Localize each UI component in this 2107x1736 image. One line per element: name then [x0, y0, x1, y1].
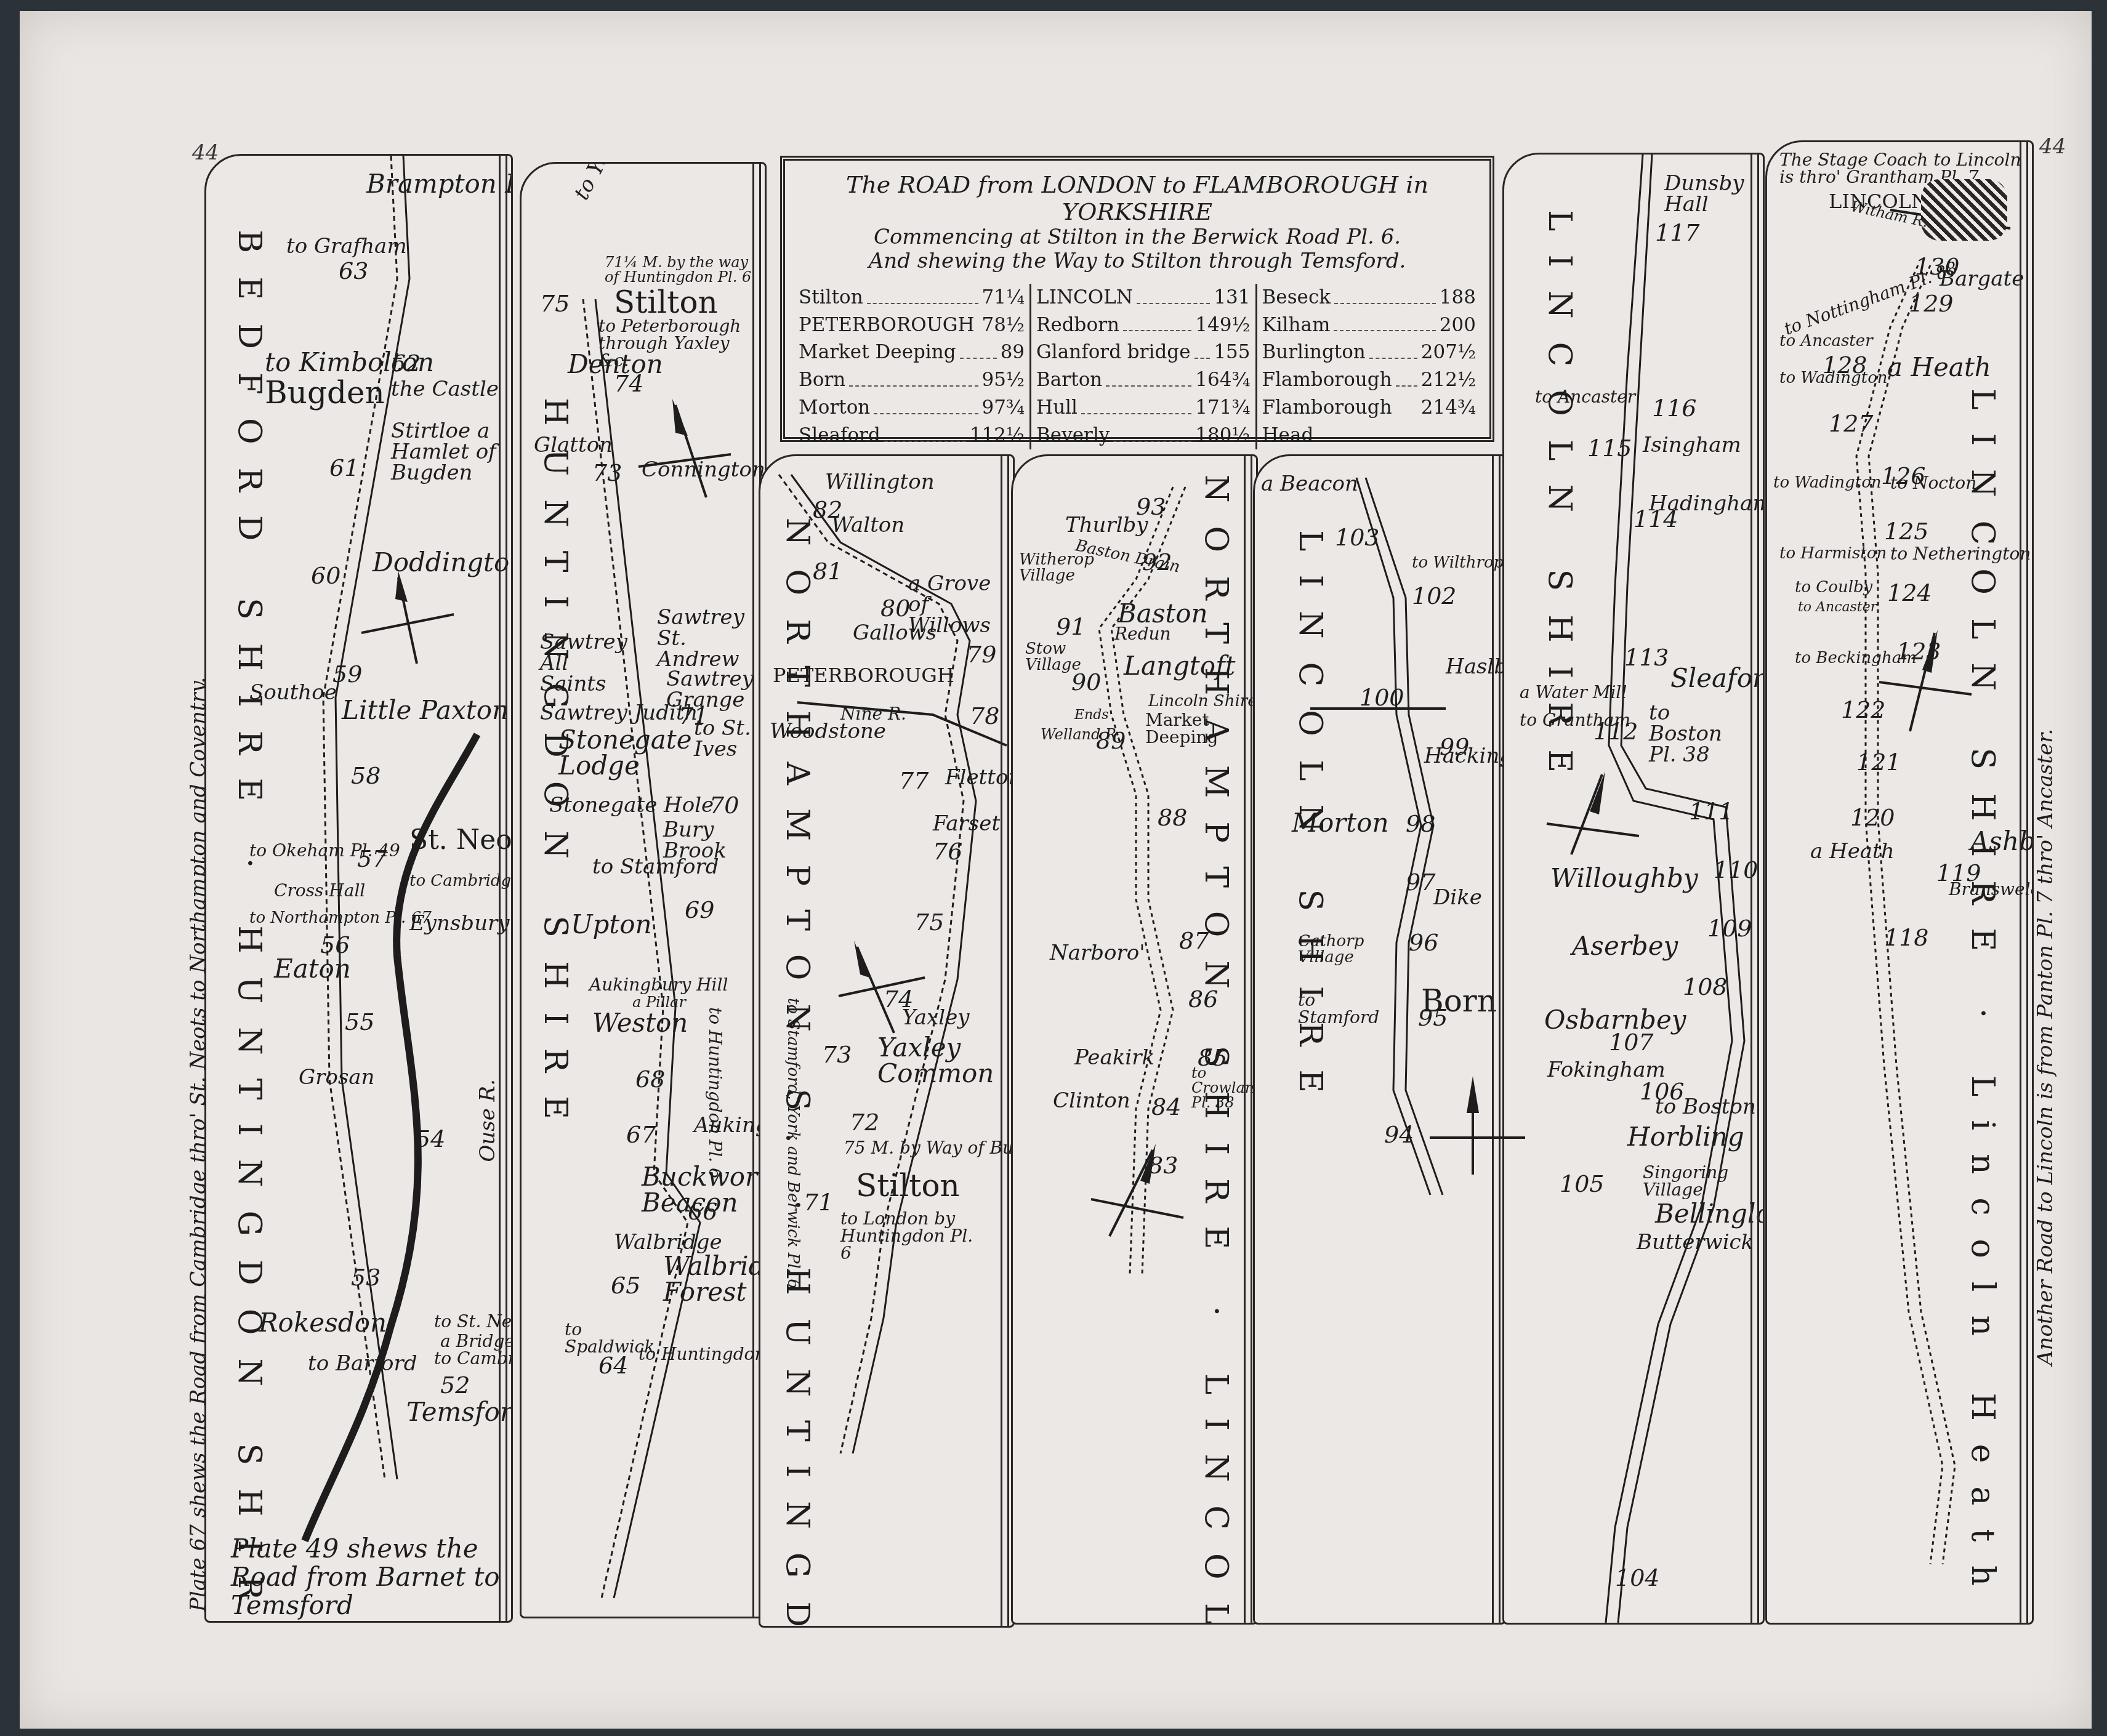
place-label: Woodstone — [770, 721, 886, 742]
place-label: to Wilthrop — [1412, 555, 1504, 571]
place-label: Branswele — [1949, 881, 2034, 898]
road-strip-2: HUNTINGDON SHIRE to York Pl. 6 71¼ M. by… — [520, 162, 767, 1618]
milestone: 80 — [880, 595, 910, 622]
milestone: 117 — [1655, 219, 1700, 246]
place-label: Narboro' — [1050, 942, 1145, 963]
milestone: 69 — [685, 896, 714, 923]
place-label: Sleaford — [1670, 665, 1765, 691]
place-label: Rokesdon — [259, 1310, 387, 1336]
distance-row: Glanford bridge155 — [1036, 339, 1250, 366]
milestone: 79 — [967, 641, 996, 668]
place-label: to Harmiston — [1779, 545, 1887, 561]
milestone: 96 — [1409, 929, 1438, 956]
place-label: Cathorp Village — [1298, 933, 1372, 965]
place-label: to Barford — [308, 1353, 417, 1374]
place-label: to Boston — [1655, 1096, 1756, 1117]
place-label: to Stamford, York and Berwick Pl. 6 — [785, 998, 801, 1289]
milestone: 52 — [440, 1372, 470, 1399]
place-label: Singoring Village — [1643, 1164, 1735, 1199]
compass-rose-icon — [1079, 1138, 1190, 1248]
place-label: Brampton Park — [366, 171, 513, 197]
place-label: a Heath — [1887, 355, 1991, 380]
milestone: 110 — [1714, 856, 1759, 883]
compass-rose-icon — [1534, 768, 1645, 879]
lincoln-town-icon — [1921, 179, 2007, 241]
distance-row: Beverly180½ — [1036, 422, 1250, 449]
place-label: Aukingbury — [694, 1115, 755, 1136]
place-label: Walbridge — [614, 1232, 722, 1253]
place-label: Haslby — [1446, 656, 1495, 677]
place-label: to Ancaster — [1779, 333, 1873, 349]
distance-column-2: LINCOLN131 Redborn149½ Glanford bridge15… — [1029, 284, 1255, 450]
place-label: Southoe — [249, 682, 337, 703]
milestone: 66 — [688, 1198, 717, 1225]
milestone: 114 — [1634, 505, 1678, 532]
milestone: 73 — [592, 459, 622, 486]
place-label: to Ancaster — [1535, 388, 1635, 406]
milestone: 103 — [1335, 524, 1380, 551]
place-label: Eaton — [274, 956, 351, 982]
distance-row: Flamborough Head214¾ — [1262, 394, 1476, 449]
place-label: Walbridge Forest — [663, 1253, 755, 1305]
place-label: Willington — [825, 472, 935, 492]
milestone: 87 — [1179, 927, 1209, 954]
milestone: 71 — [804, 1189, 833, 1216]
place-label: to St. Ives — [694, 718, 755, 760]
road-strip-4: NORTHAMPTON SHIRE · LINCOLN SHI. 93 Thur… — [1011, 454, 1258, 1625]
place-label: to Coulby — [1795, 579, 1872, 595]
place-label: Upton — [571, 912, 652, 938]
place-label: Lincoln Shire — [1148, 693, 1257, 709]
place-label: to Grafham — [286, 236, 407, 257]
map-subtitle-2: And shewing the Way to Stilton through T… — [794, 249, 1481, 273]
milestone: 70 — [709, 792, 739, 819]
milestone: 107 — [1609, 1029, 1654, 1056]
place-label: a Water Mill — [1520, 684, 1627, 701]
milestone: 63 — [339, 257, 368, 284]
distance-row: Beseck188 — [1262, 284, 1476, 311]
place-label: Witherop Village — [1019, 552, 1099, 584]
milestone: 62 — [391, 350, 421, 377]
place-label: Grosan — [299, 1067, 375, 1088]
milestone: 124 — [1887, 579, 1932, 606]
place-label: Dike — [1433, 887, 1482, 908]
place-label: to Crowland Pl. 38 — [1191, 1066, 1247, 1110]
place-label: Stonegate Lodge — [558, 727, 657, 779]
place-label: Ashby — [1970, 829, 2034, 854]
place-label: Walton — [831, 515, 904, 536]
place-label: Horbling — [1627, 1124, 1744, 1150]
milestone: 105 — [1560, 1170, 1605, 1197]
compass-rose-icon — [1417, 1070, 1528, 1181]
milestone: 115 — [1587, 435, 1632, 462]
milestone: 92 — [1142, 549, 1172, 576]
milestone: 127 — [1829, 410, 1874, 437]
place-label: to Nocton — [1890, 475, 1976, 492]
milestone: 111 — [1689, 798, 1734, 825]
map-sheet: 44 44 Plate 67 shews the Road from Cambr… — [20, 11, 2092, 1729]
place-label: Thurlby — [1065, 515, 1148, 536]
milestone: 90 — [1071, 669, 1101, 696]
milestone: 94 — [1384, 1121, 1414, 1148]
title-cartouche: The ROAD from LONDON to FLAMBOROUGH in Y… — [780, 156, 1494, 442]
milestone: 58 — [351, 762, 381, 789]
place-label: Market Deeping — [1145, 712, 1238, 746]
compass-rose-icon — [626, 393, 737, 504]
place-label: Farset — [933, 813, 1000, 834]
place-label: to St. Neotts — [434, 1313, 513, 1330]
milestone: 91 — [1056, 613, 1086, 640]
place-label: to Boston Pl. 38 — [1649, 702, 1747, 765]
place-label: to Spaldwick — [565, 1321, 614, 1356]
milestone: 61 — [329, 454, 359, 481]
place-label: to Huntingdon Pl. 6 — [706, 1007, 723, 1179]
distance-row: Barton164¾ — [1036, 366, 1250, 394]
place-label: to Stamford — [592, 856, 719, 877]
road-strip-6: LINCOLN SHIRE Dunsby Hall 117 116 to Anc… — [1502, 153, 1765, 1625]
place-label: Ends — [1074, 709, 1109, 722]
place-label: Sawtrey All Saints — [540, 632, 639, 694]
milestone: 76 — [933, 838, 962, 865]
milestone: 78 — [970, 702, 999, 729]
milestone: 57 — [357, 845, 387, 872]
place-label: to Wadington — [1773, 475, 1882, 491]
milestone: 109 — [1707, 915, 1752, 942]
place-label: Glatton — [534, 435, 613, 456]
place-label: to Netherington — [1890, 545, 2031, 563]
place-label: Stilton — [856, 1170, 960, 1201]
place-label: Morton — [1292, 810, 1389, 836]
distance-column-3: Beseck188 Kilham200 Burlington207½ Flamb… — [1255, 284, 1481, 450]
milestone: 84 — [1151, 1093, 1181, 1120]
distance-row: Morton97¾ — [799, 394, 1025, 422]
milestone: 112 — [1593, 718, 1638, 745]
place-label: Bugden — [265, 377, 385, 408]
map-subtitle-1: Commencing at Stilton in the Berwick Roa… — [794, 225, 1481, 249]
place-label: Baston — [1118, 601, 1208, 627]
county-label: NORTHAMPTON SHIRE · LINCOLN SHI. — [1198, 475, 1235, 1552]
milestone: 98 — [1406, 810, 1435, 837]
place-label: Little Paxton — [342, 697, 509, 723]
place-label: to Wadington — [1779, 370, 1888, 386]
milestone: 75 — [540, 290, 570, 317]
milestone: 68 — [635, 1066, 665, 1093]
distance-row: Redborn149½ — [1036, 311, 1250, 339]
place-label: Fokingham — [1547, 1059, 1609, 1080]
milestone: 55 — [345, 1008, 374, 1035]
milestone: 54 — [416, 1125, 445, 1152]
distance-table: Stilton71¼ PETERBOROUGH78½ Market Deepin… — [794, 284, 1481, 450]
county-label: LINCOLN SHIRE · Lincoln Heath — [1964, 388, 2001, 1558]
milestone: 88 — [1158, 804, 1187, 831]
place-label: Clinton — [1053, 1090, 1130, 1111]
place-label: Eynsbury — [409, 913, 510, 934]
river-label: Ouse R. — [477, 1079, 498, 1162]
milestone: 86 — [1188, 986, 1218, 1013]
place-label: PETERBOROUGH — [773, 665, 954, 685]
place-label: 71¼ M. by the way of Huntingdon Pl. 6 — [605, 255, 752, 284]
place-label: Langtoft — [1124, 653, 1235, 679]
place-label: Butterwick — [1637, 1232, 1754, 1253]
road-strip-5: LINCOLN SHIRE a Beacon 103 to Wilthrop 1… — [1253, 454, 1506, 1625]
distance-row: Stilton71¼ — [799, 284, 1025, 311]
place-label: to Cambridge Pl. 67 — [409, 873, 513, 889]
milestone: 95 — [1418, 1004, 1448, 1031]
place-label: Stirtloe a Hamlet of Bugden — [391, 420, 502, 483]
milestone: 97 — [1406, 869, 1435, 896]
place-label: Aukingbury Hill — [589, 976, 728, 994]
place-label: Redun — [1114, 625, 1171, 643]
milestone: 108 — [1683, 973, 1728, 1000]
place-label: Cross Hall — [274, 882, 365, 899]
milestone: 116 — [1652, 395, 1697, 422]
place-label: the Castle — [391, 379, 499, 400]
place-label: Weston — [592, 1010, 688, 1036]
place-label: to London by Huntingdon Pl. 6 — [840, 1210, 982, 1262]
side-note-right: Another Road to Lincoln is from Panton P… — [2033, 442, 2058, 1365]
county-label: HUNTINGDON SHIRE — [537, 398, 574, 1567]
place-label: 75 M. by Way of Bugden — [844, 1139, 1015, 1157]
place-label: a Beacon — [1261, 473, 1358, 494]
place-label: Sawtrey St. Andrew — [657, 607, 755, 670]
milestone: 81 — [813, 558, 842, 585]
milestone: 100 — [1360, 684, 1404, 711]
place-label: Bellinglore — [1655, 1201, 1765, 1227]
place-label: Fletton — [945, 767, 1015, 788]
compass-rose-icon — [349, 565, 460, 676]
place-label: Aserbey — [1572, 933, 1678, 959]
place-label: Stilton — [614, 287, 718, 318]
place-label: Dunsby Hall — [1664, 173, 1750, 215]
distance-row: Hull171¾ — [1036, 394, 1250, 422]
plate-number-right: 44 — [2039, 134, 2066, 159]
milestone: 75 — [914, 909, 944, 936]
place-label: Gallows — [853, 622, 937, 643]
plate-note: Plate 49 shews the Road from Barnet to T… — [231, 1535, 502, 1620]
compass-rose-icon — [1867, 627, 1978, 737]
place-label: to Huntingdon — [639, 1346, 765, 1363]
distance-row: Sleaford112½ — [799, 422, 1025, 449]
place-label: St. Neotts — [409, 827, 513, 854]
milestone: 121 — [1856, 749, 1901, 776]
milestone: 129 — [1909, 290, 1954, 317]
place-label: Hackingbey — [1424, 745, 1492, 766]
milestone: 72 — [850, 1109, 879, 1136]
milestone: 125 — [1884, 518, 1929, 545]
place-label: to Cambridge — [434, 1350, 513, 1367]
milestone: 89 — [1096, 727, 1126, 754]
place-label: to Stamford — [1298, 992, 1360, 1026]
distance-row: Burlington207½ — [1262, 339, 1476, 366]
place-label: Sawtrey Judith — [540, 702, 698, 723]
milestone: 53 — [351, 1264, 381, 1291]
place-label: Temsford — [406, 1399, 513, 1425]
milestone: 64 — [598, 1352, 628, 1379]
distance-row: LINCOLN131 — [1036, 284, 1250, 311]
place-label: a Heath — [1810, 841, 1895, 862]
compass-rose-icon — [826, 934, 937, 1045]
distance-row: PETERBOROUGH78½ — [799, 311, 1025, 339]
milestone: 104 — [1615, 1564, 1660, 1591]
milestone: 118 — [1884, 924, 1929, 951]
place-label: Peakirk — [1074, 1047, 1154, 1068]
road-strip-1: BEDFORD SHIRE · HUNTINGDON SHIRE Brampto… — [204, 154, 513, 1623]
milestone: 60 — [311, 562, 340, 589]
milestone: 65 — [611, 1272, 640, 1299]
distance-row: Market Deeping89 — [799, 339, 1025, 366]
map-title: The ROAD from LONDON to FLAMBOROUGH in Y… — [794, 172, 1481, 225]
place-label: Stonegate Hole — [549, 795, 714, 816]
milestone: 77 — [899, 767, 929, 794]
distance-column-1: Stilton71¼ PETERBOROUGH78½ Market Deepin… — [794, 284, 1029, 450]
distance-row: Flamborough212½ — [1262, 366, 1476, 394]
road-strip-7: The Stage Coach to Lincoln is thro' Gran… — [1765, 140, 2034, 1625]
milestone: 113 — [1624, 644, 1669, 671]
distance-row: Kilham200 — [1262, 311, 1476, 339]
place-label: Isingham — [1643, 435, 1741, 456]
county-label: BEDFORD SHIRE · HUNTINGDON SHIRE — [231, 230, 268, 1492]
place-label: to Northampton Pl. 67 — [249, 910, 432, 926]
distance-row: Born95½ — [799, 366, 1025, 394]
milestone: 120 — [1850, 804, 1895, 831]
place-label: to Ancaster — [1798, 601, 1877, 614]
place-label: a Bridge — [440, 1333, 513, 1350]
milestone: 67 — [626, 1121, 656, 1148]
milestone: 102 — [1412, 582, 1457, 609]
